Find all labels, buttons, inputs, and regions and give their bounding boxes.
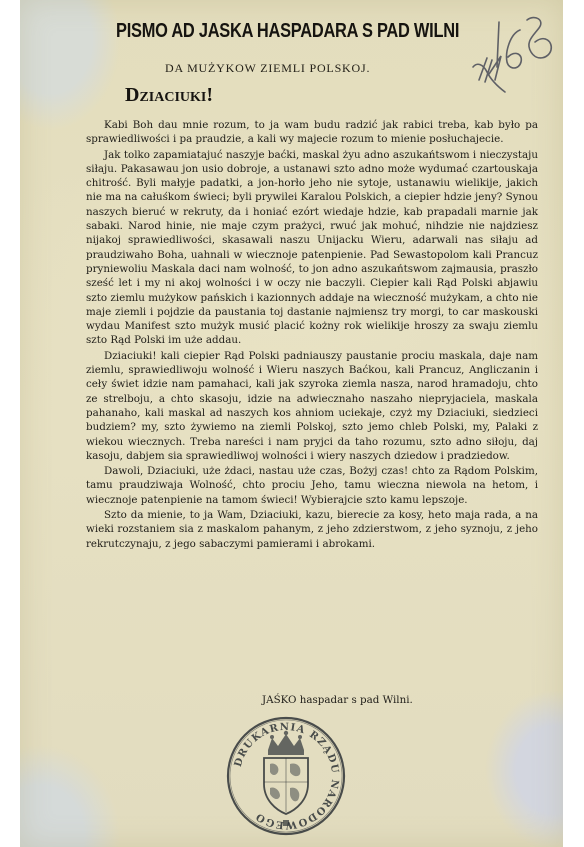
paragraph: Kabi Boh dau mnie rozum, to ja wam budu … [86,118,538,147]
printing-house-stamp-icon: DRUKARNIA RZĄDU NARODOWEGO [224,714,348,838]
document-body: Kabi Boh dau mnie rozum, to ja wam budu … [86,118,538,552]
paragraph: Dziaciuki! kali ciepier Rąd Polski padni… [86,349,538,463]
signature: JAŚKO haspadar s pad Wilni. [262,694,413,706]
handwritten-annotation [465,12,565,112]
paragraph: Dawoli, Dziaciuki, uże żdaci, nastau uże… [86,464,538,507]
paragraph: Jak tolko zapamiatajuć naszyje baćki, ma… [86,148,538,348]
document-title: PISMO AD JASKA HASPADARA S PAD WILNI [116,20,428,43]
greeting-heading: Dziaciuki! [125,84,213,107]
document-subtitle: DA MUŻYKOW ZIEMLI POLSKOJ. [165,61,370,76]
paragraph: Szto da mienie, to ja Wam, Dziaciuki, ka… [86,508,538,551]
